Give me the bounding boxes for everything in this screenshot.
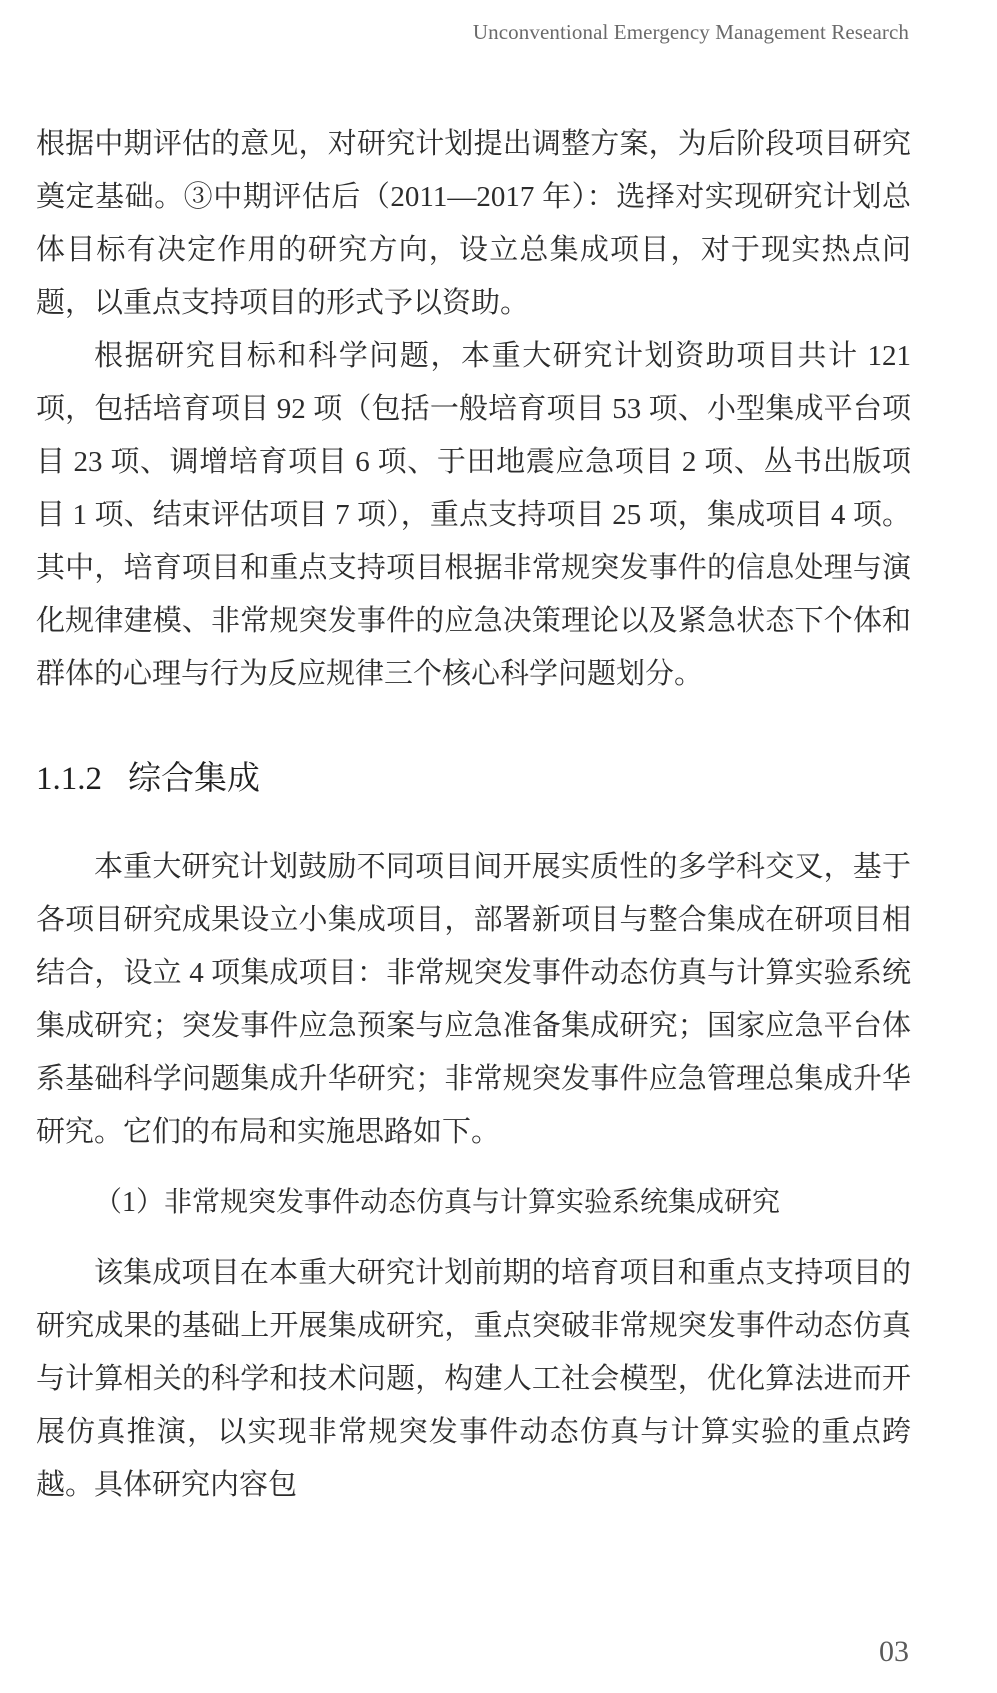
spacer (36, 801, 911, 841)
section-heading: 1.1.2综合集成 (36, 757, 911, 801)
section-number: 1.1.2 (36, 761, 102, 797)
paragraph-simulation-project: 该集成项目在本重大研究计划前期的培育项目和重点支持项目的研究成果的基础上开展集成… (36, 1247, 911, 1512)
paragraph-funded-projects: 根据研究目标和科学问题，本重大研究计划资助项目共计 121 项，包括培育项目 9… (36, 330, 911, 701)
page-content: 根据中期评估的意见，对研究计划提出调整方案，为后阶段项目研究奠定基础。③中期评估… (36, 118, 911, 1512)
running-header: Unconventional Emergency Management Rese… (473, 20, 909, 45)
page-number: 03 (879, 1635, 909, 1669)
paragraph-midterm-evaluation: 根据中期评估的意见，对研究计划提出调整方案，为后阶段项目研究奠定基础。③中期评估… (36, 118, 911, 330)
spacer (36, 1225, 911, 1247)
paragraph-integration: 本重大研究计划鼓励不同项目间开展实质性的多学科交叉，基于各项目研究成果设立小集成… (36, 841, 911, 1159)
spacer (36, 1159, 911, 1181)
section-title: 综合集成 (128, 761, 260, 797)
subsection-heading: （1）非常规突发事件动态仿真与计算实验系统集成研究 (36, 1181, 911, 1225)
spacer (36, 701, 911, 757)
